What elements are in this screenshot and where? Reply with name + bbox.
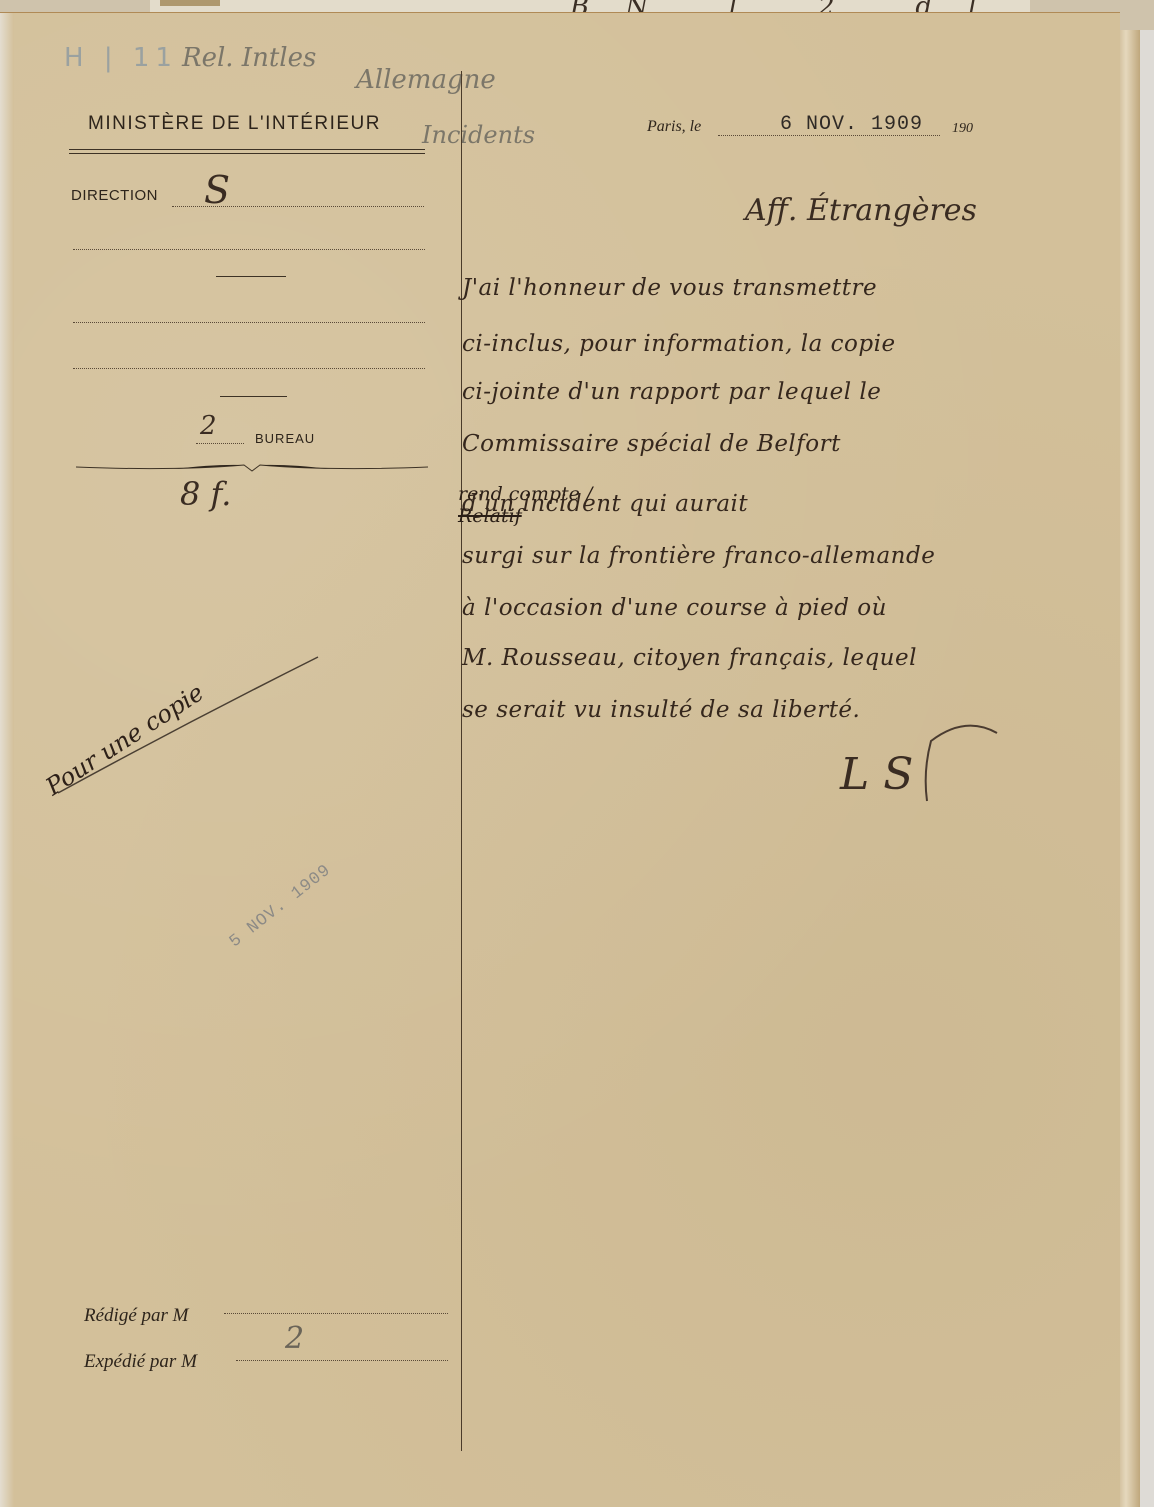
background-page-label-strip [160,0,220,6]
drafted-by-label: Rédigé par M [84,1305,188,1327]
direction-value: S [204,168,230,212]
sent-by-line [236,1360,448,1361]
ornamental-divider [74,461,430,481]
letter-heading: Aff. Étrangères [745,193,977,228]
ministry-title: MINISTÈRE DE L'INTÉRIEUR [88,113,381,135]
bureau-dotted-line [196,443,244,444]
letterhead-double-rule [69,149,425,154]
date-stamp: 6 NOV. 1909 [780,113,923,136]
form-short-rule [216,276,286,277]
margin-diagonal-line [56,653,326,803]
letter-line: ci-jointe d'un rapport par lequel le [462,379,1072,405]
country-annotation: Allemagne [356,65,496,95]
bureau-number: 2 [200,411,217,441]
direction-label: DIRECTION [71,187,158,204]
letter-page: H | 11 Rel. Intles Allemagne Incidents M… [0,12,1120,1507]
sent-by-value: 2 [285,1321,304,1356]
letter-line: à l'occasion d'une course à pied où [462,595,1072,621]
reference-subject-annotation: Rel. Intles [182,43,316,73]
reference-code-annotation: H | 11 [64,43,178,73]
signature-flourish [895,721,1005,816]
letter-line: M. Rousseau, citoyen français, lequel [462,645,1072,671]
letter-line: ci-inclus, pour information, la copie [462,331,1072,357]
letter-line: se serait vu insulté de sa liberté. [462,697,1072,723]
form-dotted-line [73,322,425,323]
printed-year: 190 [952,121,973,137]
bureau-label: BUREAU [255,431,315,446]
ornament-note: 8 f. [180,475,231,513]
drafted-by-line [224,1313,448,1314]
place-label: Paris, le [647,118,701,136]
form-dotted-line [73,249,425,250]
sent-by-label: Expédié par M [84,1351,197,1373]
letter-line: Commissaire spécial de Belfort [462,431,1072,457]
form-short-rule [220,396,287,397]
letter-line: surgi sur la frontière franco-allemande [462,543,1072,569]
received-date-stamp: 5 NOV. 1909 [226,861,335,952]
topic-annotation: Incidents [422,121,535,149]
letter-line: d'un incident qui aurait [462,491,1072,517]
letter-line: J'ai l'honneur de vous transmettre [462,275,1072,301]
form-dotted-line [73,368,425,369]
